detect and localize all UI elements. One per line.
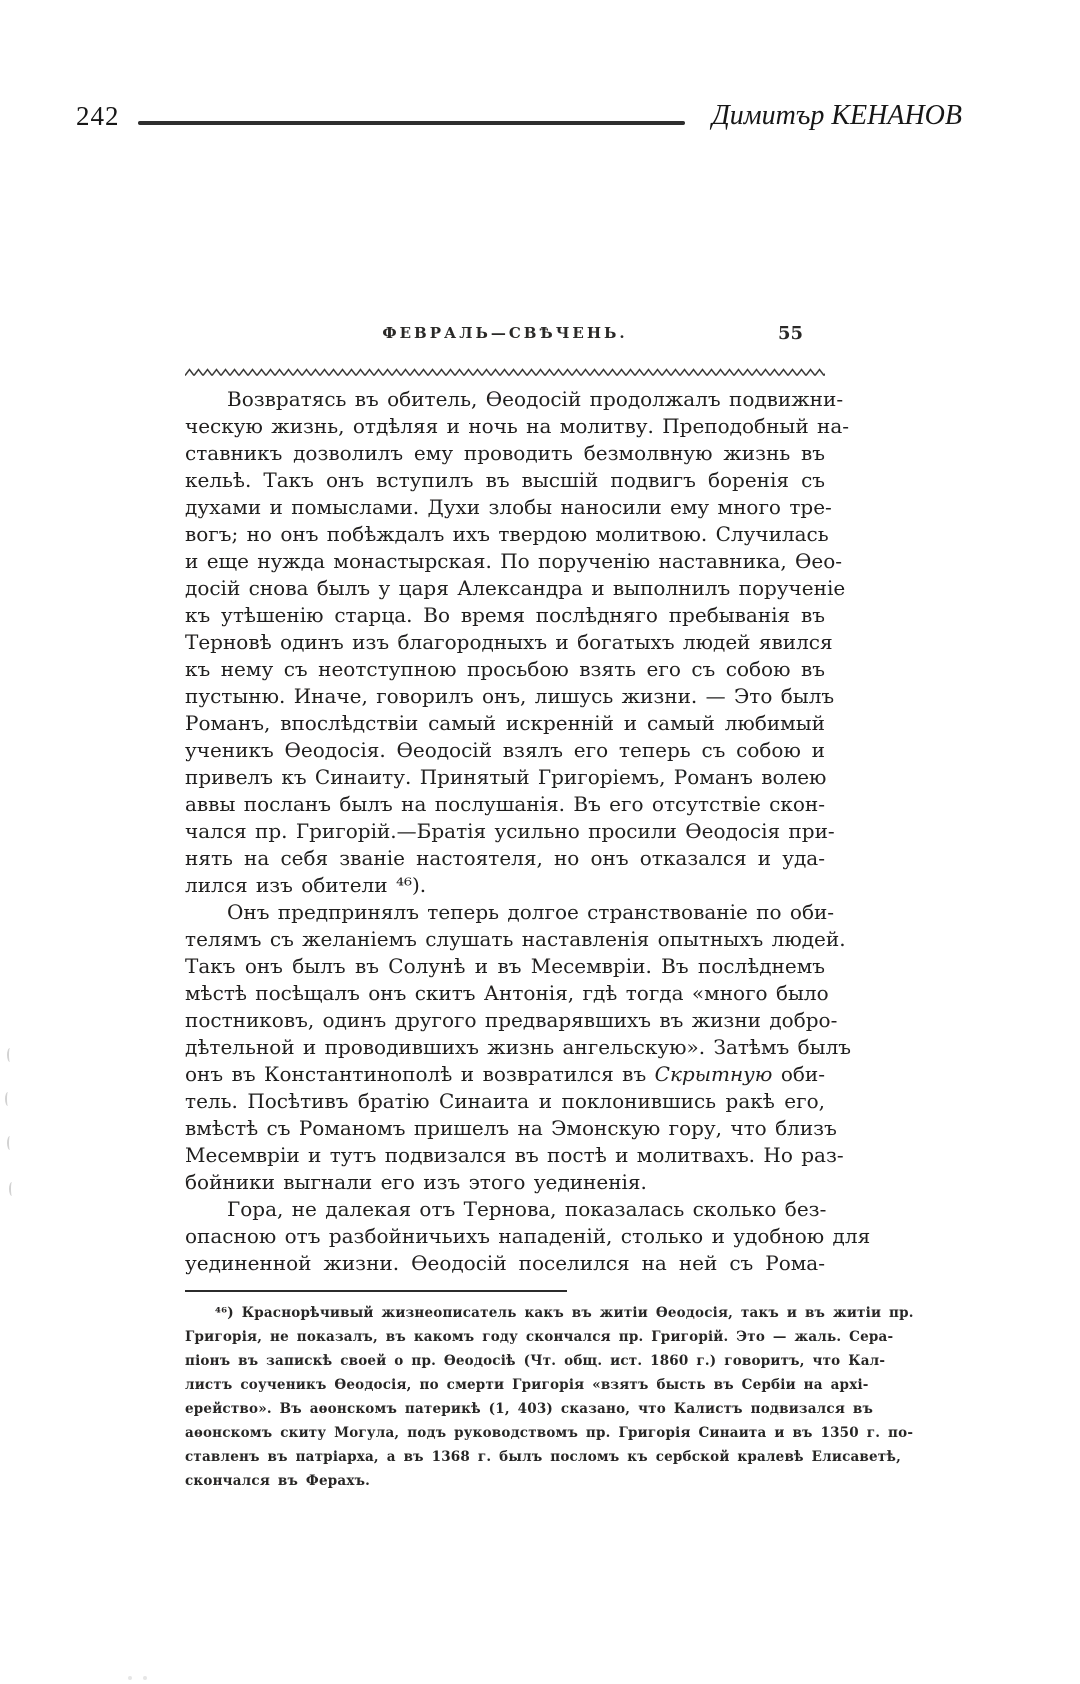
- footnote-rule: [185, 1290, 567, 1292]
- header-rule: [138, 121, 685, 125]
- text-line: опасною отъ разбойничьихъ нападеній, сто…: [185, 1223, 825, 1250]
- running-head: ФЕВРАЛЬ—СВѢЧЕНЬ. 55: [185, 324, 825, 354]
- paragraph: Возвратясь въ обитель, Ѳеодосій продолжа…: [185, 386, 825, 899]
- text-line: вмѣстѣ съ Романомъ пришелъ на Эмонскую г…: [185, 1115, 825, 1142]
- text-line: къ утѣшенію старца. Во время послѣдняго …: [185, 602, 825, 629]
- text-line: Такъ онъ былъ въ Солунѣ и въ Месемвріи. …: [185, 953, 825, 980]
- footnote: ⁴⁶) Краснорѣчивый жизнеописатель какъ въ…: [185, 1301, 825, 1493]
- text-line: Онъ предпринялъ теперь долгое странствов…: [185, 899, 825, 926]
- scanned-page-facsimile: ФЕВРАЛЬ—СВѢЧЕНЬ. 55 Возвратясь въ обител…: [185, 324, 825, 1493]
- text-line: ческую жизнь, отдѣляя и ночь на молитву.…: [185, 413, 825, 440]
- text-line: Месемвріи и тутъ подвизался въ постѣ и м…: [185, 1142, 825, 1169]
- scan-artifact: [7, 1048, 13, 1062]
- text-line: дѣтельной и проводившихъ жизнь ангельску…: [185, 1034, 825, 1061]
- text-line: аѳонскомъ скиту Могула, подъ руководство…: [185, 1421, 825, 1445]
- text-line: чался пр. Григорій.—Братія усильно проси…: [185, 818, 825, 845]
- text-line: листъ соученикъ Ѳеодосія, по смерти Григ…: [185, 1373, 825, 1397]
- text-line: телямъ съ желаніемъ слушать наставленія …: [185, 926, 825, 953]
- text-line: ⁴⁶) Краснорѣчивый жизнеописатель какъ въ…: [185, 1301, 825, 1325]
- journal-page-number: 242: [76, 101, 120, 132]
- journal-author-name: Димитър КЕНАНОВ: [712, 100, 962, 132]
- text-line: духами и помыслами. Духи злобы наносили …: [185, 494, 825, 521]
- scan-page-number: 55: [778, 323, 803, 344]
- text-line: тель. Посѣтивъ братію Синаита и поклонив…: [185, 1088, 825, 1115]
- text-line: ерейство». Въ аѳонскомъ патерикѣ (1, 403…: [185, 1397, 825, 1421]
- text-line: привелъ къ Синаиту. Принятый Григоріемъ,…: [185, 764, 825, 791]
- text-line: постниковъ, одинъ другого предварявшихъ …: [185, 1007, 825, 1034]
- text-line: Романъ, впослѣдствіи самый искренній и с…: [185, 710, 825, 737]
- scan-artifact: [5, 1092, 11, 1106]
- text-line: пустыню. Иначе, говорилъ онъ, лишусь жиз…: [185, 683, 825, 710]
- text-line: кельѣ. Такъ онъ вступилъ въ высшій подви…: [185, 467, 825, 494]
- text-line: ставникъ дозволилъ ему проводить безмолв…: [185, 440, 825, 467]
- paragraph: Гора, не далекая отъ Тернова, показалась…: [185, 1196, 825, 1277]
- text-line: Терновѣ одинъ изъ благородныхъ и богатых…: [185, 629, 825, 656]
- paragraph: Онъ предпринялъ теперь долгое странствов…: [185, 899, 825, 1196]
- text-line: мѣстѣ посѣщалъ онъ скитъ Антонія, гдѣ то…: [185, 980, 825, 1007]
- text-line: Гора, не далекая отъ Тернова, показалась…: [185, 1196, 825, 1223]
- scan-artifact: [7, 1136, 13, 1150]
- text-line: вогъ; но онъ побѣждалъ ихъ твердою молит…: [185, 521, 825, 548]
- scan-artifact: [9, 1182, 15, 1196]
- text-line: и еще нужда монастырская. По порученію н…: [185, 548, 825, 575]
- text-line: піонъ въ запискѣ своей о пр. Ѳеодосіѣ (Ч…: [185, 1349, 825, 1373]
- text-line: ученикъ Ѳеодосія. Ѳеодосій взялъ его теп…: [185, 737, 825, 764]
- text-line: Возвратясь въ обитель, Ѳеодосій продолжа…: [185, 386, 825, 413]
- text-line: аввы посланъ былъ на послушанія. Въ его …: [185, 791, 825, 818]
- text-line: досій снова былъ у царя Александра и вып…: [185, 575, 825, 602]
- text-line: Григорія, не показалъ, въ какомъ году ск…: [185, 1325, 825, 1349]
- book-page: 242 Димитър КЕНАНОВ ФЕВРАЛЬ—СВѢЧЕНЬ. 55 …: [0, 0, 1080, 1684]
- wavy-rule: [185, 368, 825, 377]
- body-text: Возвратясь въ обитель, Ѳеодосій продолжа…: [185, 386, 825, 1277]
- text-line: ставленъ въ патріарха, а въ 1368 г. былъ…: [185, 1445, 825, 1469]
- text-line: къ нему съ неотступною просьбою взять ег…: [185, 656, 825, 683]
- running-head-title: ФЕВРАЛЬ—СВѢЧЕНЬ.: [185, 324, 825, 342]
- scan-artifact: [128, 1676, 132, 1680]
- text-line: онъ въ Константинополѣ и возвратился въ …: [185, 1061, 825, 1088]
- text-line: бойники выгнали его изъ этого уединенія.: [185, 1169, 825, 1196]
- text-line: уединенной жизни. Ѳеодосій поселился на …: [185, 1250, 825, 1277]
- scan-artifact: [143, 1676, 147, 1680]
- text-line: нять на себя званіе настоятеля, но онъ о…: [185, 845, 825, 872]
- journal-header: 242 Димитър КЕНАНОВ: [0, 0, 1080, 160]
- text-line: скончался въ Ферахъ.: [185, 1469, 825, 1493]
- text-line: лился изъ обители ⁴⁶).: [185, 872, 825, 899]
